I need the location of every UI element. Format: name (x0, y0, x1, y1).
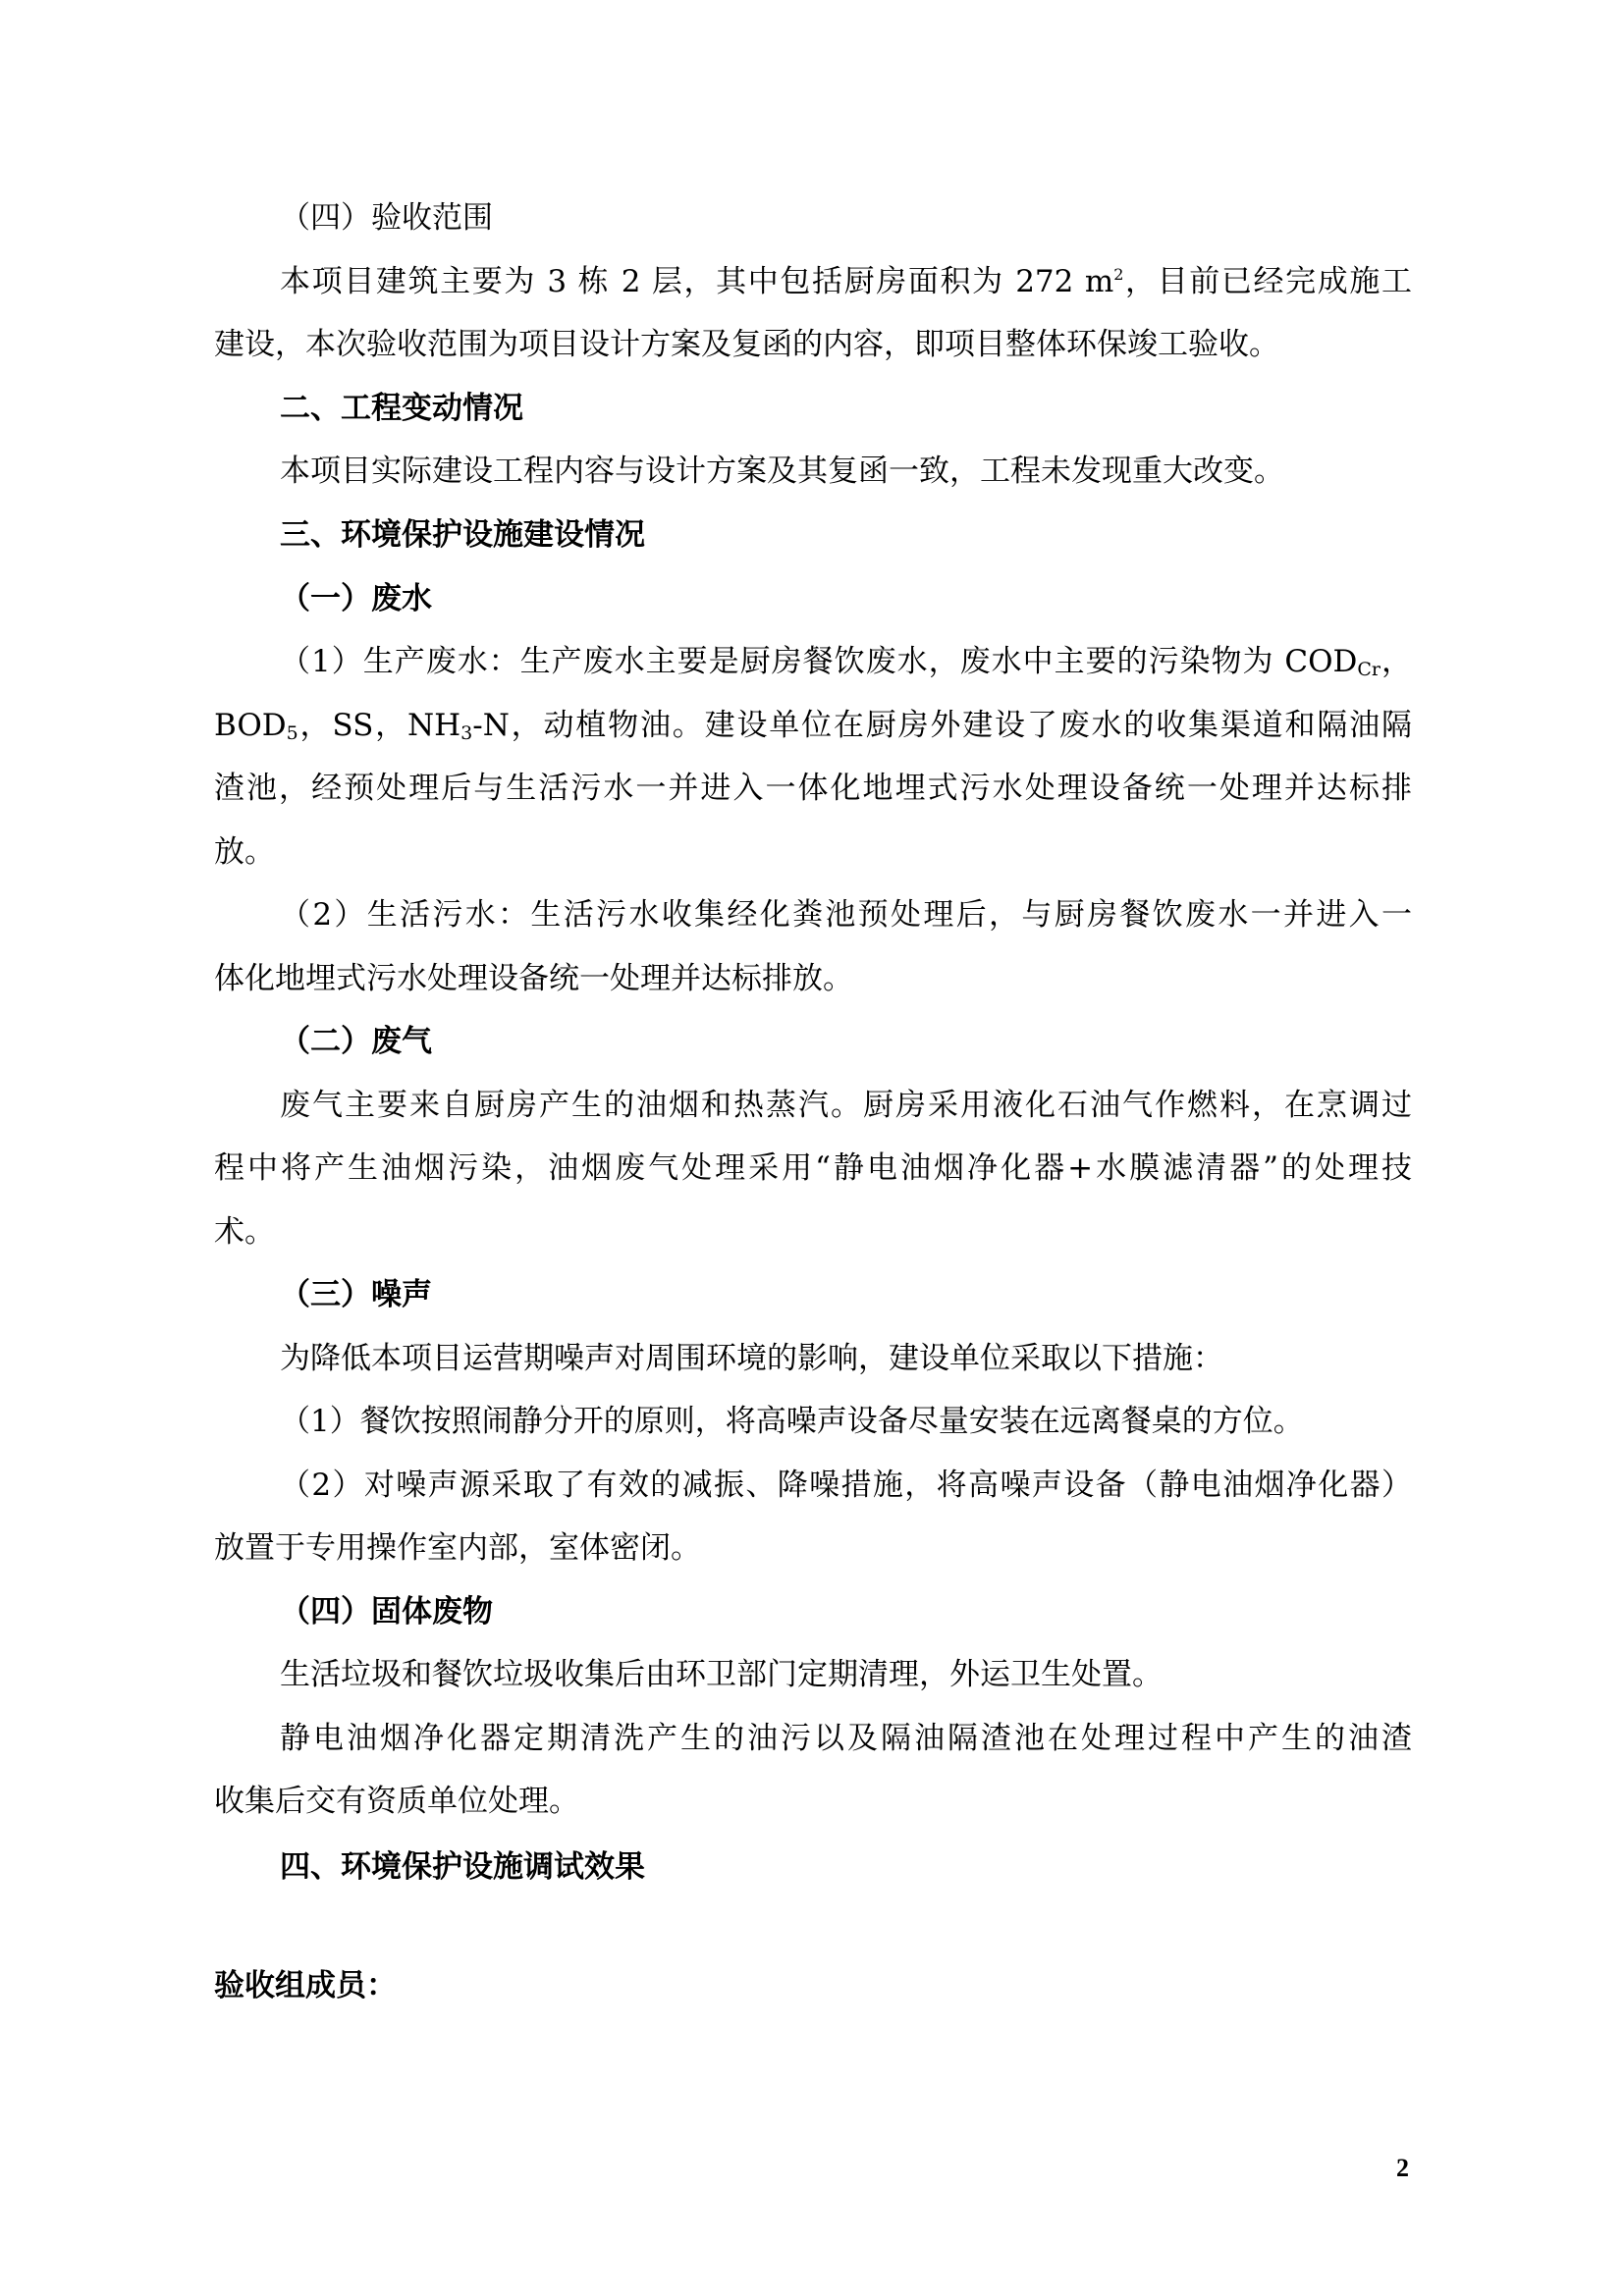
paragraph-line: 术。 (214, 1212, 1412, 1252)
paragraph-line: 为降低本项目运营期噪声对周围环境的影响，建设单位采取以下措施： (280, 1339, 1412, 1378)
paragraph-line: 放。 (214, 832, 1412, 872)
paragraph-line: 静电油烟净化器定期清洗产生的油污以及隔油隔渣池在处理过程中产生的油渣 (280, 1719, 1412, 1758)
paragraph-line: 体化地埋式污水处理设备统一处理并达标排放。 (214, 959, 1412, 998)
subscript: Cr (1357, 659, 1380, 680)
paragraph-line: BOD5，SS，NH3-N，动植物油。建设单位在厨房外建设了废水的收集渠道和隔油… (214, 706, 1412, 745)
paragraph-line: （2）生活污水：生活污水收集经化粪池预处理后，与厨房餐饮废水一并进入一 (280, 895, 1412, 934)
text-fragment: 本项目建筑主要为 3 栋 2 层，其中包括厨房面积为 272 m (280, 264, 1113, 299)
subheading-solid-waste: （四）固体废物 (280, 1592, 1412, 1631)
text-fragment: ， (1380, 644, 1412, 679)
paragraph-line: 本项目实际建设工程内容与设计方案及其复函一致，工程未发现重大改变。 (280, 452, 1412, 491)
subheading-wastewater: （一）废水 (280, 579, 1412, 618)
text-fragment: （1）生产废水：生产废水主要是厨房餐饮废水，废水中主要的污染物为 COD (280, 644, 1357, 679)
paragraph-line: 放置于专用操作室内部，室体密闭。 (214, 1528, 1412, 1568)
paragraph-line: （1）餐饮按照闹静分开的原则，将高噪声设备尽量安装在远离餐桌的方位。 (280, 1402, 1412, 1441)
heading-project-changes: 二、工程变动情况 (280, 389, 1412, 428)
paragraph-line: 生活垃圾和餐饮垃圾收集后由环卫部门定期清理，外运卫生处置。 (280, 1655, 1412, 1694)
paragraph-line: 程中将产生油烟污染，油烟废气处理采用“静电油烟净化器+水膜滤清器”的处理技 (214, 1148, 1412, 1188)
text-fragment: ，目前已经完成施工 (1123, 264, 1412, 299)
paragraph-line: （2）对噪声源采取了有效的减振、降噪措施，将高噪声设备（静电油烟净化器） (280, 1466, 1412, 1505)
members-label: 验收组成员： (214, 1966, 1412, 2005)
document-page: （四）验收范围 本项目建筑主要为 3 栋 2 层，其中包括厨房面积为 272 m… (0, 0, 1624, 2296)
paragraph-line: 本项目建筑主要为 3 栋 2 层，其中包括厨房面积为 272 m2，目前已经完成… (280, 262, 1412, 301)
subheading-noise: （三）噪声 (280, 1275, 1412, 1314)
subheading-exhaust: （二）废气 (280, 1022, 1412, 1061)
page-number: 2 (1396, 2154, 1409, 2183)
paragraph-line: （1）生产废水：生产废水主要是厨房餐饮废水，废水中主要的污染物为 CODCr， (280, 642, 1412, 681)
text-fragment: -N，动植物油。建设单位在厨房外建设了废水的收集渠道和隔油隔 (472, 708, 1412, 743)
heading-commissioning-results: 四、环境保护设施调试效果 (280, 1847, 1412, 1887)
subheading-acceptance-scope: （四）验收范围 (280, 198, 1412, 238)
paragraph-line: 废气主要来自厨房产生的油烟和热蒸汽。厨房采用液化石油气作燃料，在烹调过 (280, 1086, 1412, 1125)
text-fragment: ，SS，NH (298, 708, 460, 743)
paragraph-line: 建设，本次验收范围为项目设计方案及复函的内容，即项目整体环保竣工验收。 (214, 325, 1412, 364)
heading-env-facilities: 三、环境保护设施建设情况 (280, 515, 1412, 555)
text-fragment: BOD (214, 708, 287, 743)
superscript: 2 (1113, 265, 1123, 284)
paragraph-line: 收集后交有资质单位处理。 (214, 1782, 1412, 1821)
paragraph-line: 渣池，经预处理后与生活污水一并进入一体化地埋式污水处理设备统一处理并达标排 (214, 769, 1412, 808)
subscript: 3 (460, 722, 472, 744)
subscript: 5 (287, 722, 298, 744)
